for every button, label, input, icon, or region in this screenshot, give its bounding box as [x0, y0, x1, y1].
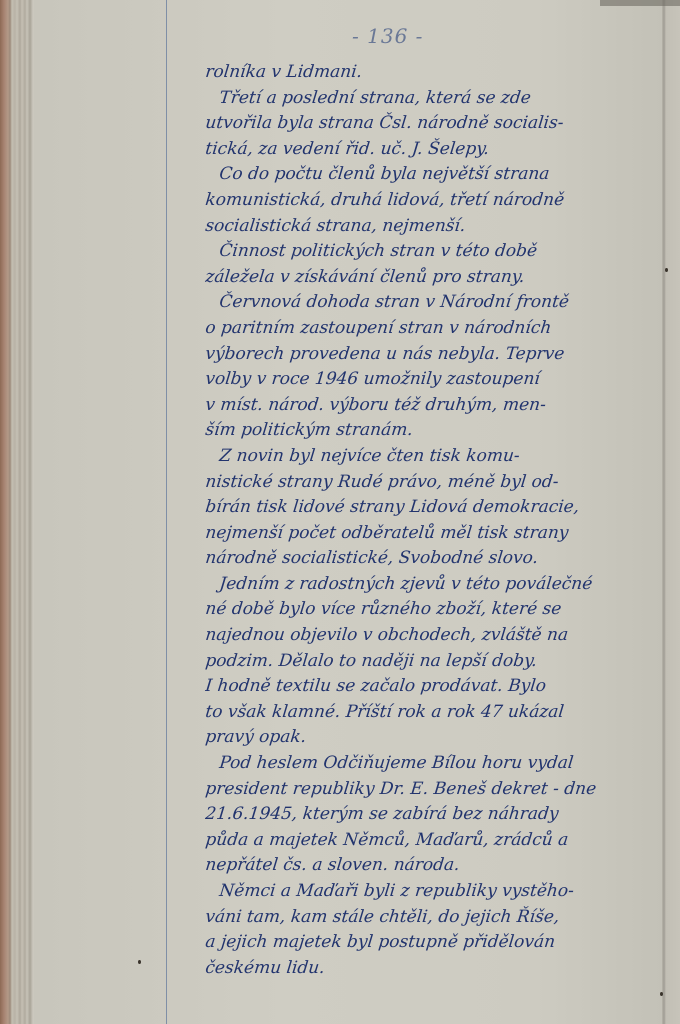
- handwritten-line: tická, za vedení řid. uč. J. Šelepy.: [204, 137, 680, 163]
- top-shadow: [600, 0, 680, 6]
- handwritten-line: záležela v získávání členů pro strany.: [204, 265, 680, 291]
- handwritten-line: výborech provedena u nás nebyla. Teprve: [204, 342, 680, 368]
- handwritten-line: komunistická, druhá lidová, třetí národn…: [204, 188, 680, 214]
- ink-speck: [138, 960, 141, 964]
- page-stack-edge: [0, 0, 34, 1024]
- handwritten-line: Činnost politických stran v této době: [204, 239, 680, 265]
- handwritten-line: rolníka v Lidmani.: [204, 60, 680, 86]
- handwritten-line: nepřátel čs. a sloven. národa.: [204, 853, 680, 879]
- handwritten-line: o paritním zastoupení stran v národních: [204, 316, 680, 342]
- handwritten-line: najednou objevilo v obchodech, zvláště n…: [204, 623, 680, 649]
- handwritten-line: národně socialistické, Svobodné slovo.: [204, 546, 680, 572]
- open-ledger-book: - 136 - rolníka v Lidmani.Třetí a posled…: [0, 0, 680, 1024]
- handwritten-line: Pod heslem Odčiňujeme Bílou horu vydal: [204, 751, 680, 777]
- handwritten-line: volby v roce 1946 umožnily zastoupení: [204, 367, 680, 393]
- handwritten-line: né době bylo více různého zboží, které s…: [204, 597, 680, 623]
- handwritten-text-block: rolníka v Lidmani.Třetí a poslední stran…: [204, 60, 680, 981]
- handwritten-line: Třetí a poslední strana, která se zde: [204, 86, 680, 112]
- handwritten-line: 21.6.1945, kterým se zabírá bez náhrady: [204, 802, 680, 828]
- page-number: - 136 -: [352, 24, 423, 48]
- handwritten-line: českému lidu.: [204, 956, 680, 982]
- handwritten-line: Co do počtu členů byla největší strana: [204, 162, 680, 188]
- handwritten-line: a jejich majetek byl postupně přidělován: [204, 930, 680, 956]
- handwritten-line: I hodně textilu se začalo prodávat. Bylo: [204, 674, 680, 700]
- handwritten-line: podzim. Dělalo to naději na lepší doby.: [204, 649, 680, 675]
- ink-speck: [665, 268, 668, 272]
- handwritten-page: - 136 - rolníka v Lidmani.Třetí a posled…: [34, 0, 662, 1024]
- handwritten-line: Němci a Maďaři byli z republiky vystěho-: [204, 879, 680, 905]
- right-page-fold: [662, 0, 680, 1024]
- handwritten-line: Jedním z radostných zjevů v této pováleč…: [204, 572, 680, 598]
- handwritten-line: bírán tisk lidové strany Lidová demokrac…: [204, 495, 680, 521]
- handwritten-line: půda a majetek Němců, Maďarů, zrádců a: [204, 828, 680, 854]
- handwritten-line: socialistická strana, nejmenší.: [204, 214, 680, 240]
- handwritten-line: váni tam, kam stále chtěli, do jejich Ří…: [204, 905, 680, 931]
- handwritten-line: pravý opak.: [204, 725, 680, 751]
- ink-speck: [660, 992, 663, 996]
- handwritten-line: utvořila byla strana Čsl. národně social…: [204, 111, 680, 137]
- handwritten-line: Červnová dohoda stran v Národní frontě: [204, 290, 680, 316]
- handwritten-line: president republiky Dr. E. Beneš dekret …: [204, 777, 680, 803]
- handwritten-line: Z novin byl nejvíce čten tisk komu-: [204, 444, 680, 470]
- margin-rule-line: [166, 0, 167, 1024]
- handwritten-line: v míst. národ. výboru též druhým, men-: [204, 393, 680, 419]
- handwritten-line: to však klamné. Příští rok a rok 47 ukáz…: [204, 700, 680, 726]
- handwritten-line: nistické strany Rudé právo, méně byl od-: [204, 470, 680, 496]
- handwritten-line: ším politickým stranám.: [204, 418, 680, 444]
- handwritten-line: nejmenší počet odběratelů měl tisk stran…: [204, 521, 680, 547]
